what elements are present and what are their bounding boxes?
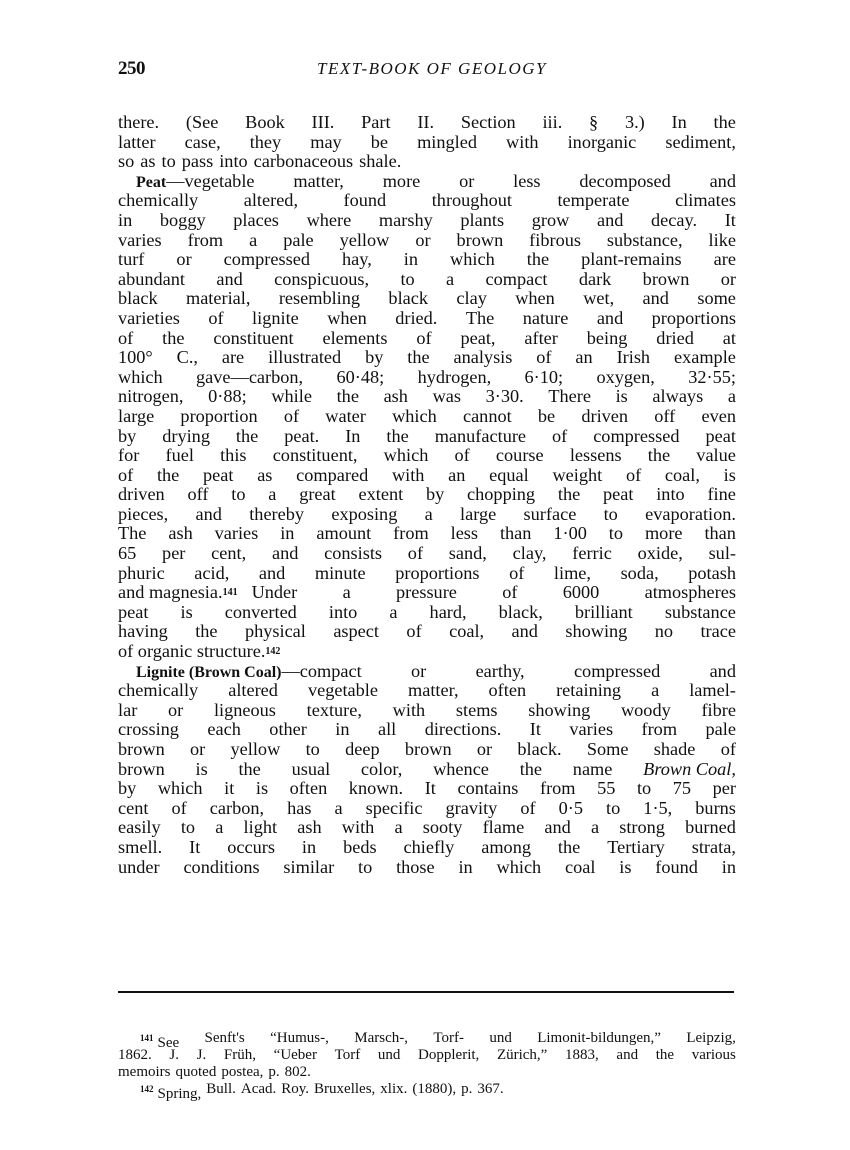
word: is: [616, 387, 628, 407]
word: specific: [366, 799, 423, 819]
text-line: Peat—vegetablematter,moreorlessdecompose…: [118, 172, 736, 192]
word: the: [238, 760, 260, 780]
word: “Humus-,: [270, 1030, 329, 1047]
word: peat: [705, 427, 735, 447]
word: p.: [461, 1081, 472, 1098]
word: brown: [457, 231, 504, 251]
word: the: [648, 446, 670, 466]
word: and: [710, 172, 736, 192]
word: drying: [162, 427, 210, 447]
word: carbon,: [210, 799, 264, 819]
word: Marsch-,: [354, 1030, 408, 1047]
word: It: [725, 211, 736, 231]
word: lamel-: [689, 681, 736, 701]
word: decay.: [651, 211, 697, 231]
word: illustrated: [268, 348, 341, 368]
word: at: [723, 329, 736, 349]
word: black: [118, 289, 158, 309]
text-line: whichgave—carbon,60·48;hydrogen,6·10;oxy…: [118, 368, 736, 388]
word: xlix.: [380, 1081, 407, 1098]
word: brown: [405, 740, 452, 760]
word: lar: [118, 701, 137, 721]
word: is: [256, 779, 268, 799]
text-line: easilytoalightashwithasootyflameandastro…: [118, 818, 736, 838]
word: the: [162, 329, 184, 349]
word: value: [696, 446, 736, 466]
word: are: [222, 348, 244, 368]
text-line: there.(SeeBookIII.PartII.Sectioniii.§3.)…: [118, 113, 736, 133]
word: 6·10;: [525, 368, 564, 388]
word: peat: [118, 603, 148, 623]
word: and: [597, 309, 623, 329]
footnote-lead: 142Spring,: [140, 1081, 206, 1098]
footnote-ref-142[interactable]: 142: [265, 642, 280, 662]
footnote-lead: 141See: [140, 1030, 179, 1047]
word: they: [250, 133, 281, 153]
text-line: soastopassintocarbonaceousshale.: [118, 152, 736, 172]
word: compact: [486, 270, 548, 290]
word: shade: [654, 740, 696, 760]
word: climates: [675, 191, 736, 211]
word: peat: [603, 485, 633, 505]
word: of: [171, 799, 186, 819]
word: Früh,: [224, 1047, 256, 1064]
word: a: [446, 270, 454, 290]
text-line: phuricacid,andminuteproportionsoflime,so…: [118, 564, 736, 584]
word: proportion: [180, 407, 257, 427]
text-line: forfuelthisconstituent,whichofcourseless…: [118, 446, 736, 466]
page-header: 250 TEXT-BOOK OF GEOLOGY: [118, 58, 736, 82]
word: it: [224, 779, 234, 799]
word: memoirs: [118, 1064, 171, 1081]
word: or: [176, 250, 191, 270]
word: pressure: [396, 583, 457, 603]
text-line: blackmaterial,resemblingblackclaywhenwet…: [118, 289, 736, 309]
word: flame: [483, 818, 525, 838]
footnote-141: 141SeeSenft's“Humus-,Marsch-,Torf-undLim…: [118, 1030, 736, 1047]
word: extent: [359, 485, 404, 505]
word: constituent,: [273, 446, 358, 466]
word: carbonaceous: [254, 152, 353, 172]
word: and: [616, 1047, 638, 1064]
term-heading: Peat: [136, 174, 166, 191]
word: brown: [643, 270, 690, 290]
word: 55: [597, 779, 615, 799]
word: with: [506, 133, 539, 153]
word: coal: [565, 858, 595, 878]
word: is: [195, 760, 207, 780]
word: in: [458, 858, 472, 878]
text-line: brownoryellowtodeepbrownorblack.Someshad…: [118, 740, 736, 760]
word: oxide,: [638, 544, 683, 564]
word: compared: [296, 466, 368, 486]
word: “Ueber: [274, 1047, 317, 1064]
word: Torf: [335, 1047, 361, 1064]
word: hydrogen,: [418, 368, 492, 388]
word: more: [645, 524, 683, 544]
word: all: [378, 720, 396, 740]
word: while: [271, 387, 312, 407]
word: brilliant: [575, 603, 633, 623]
word: to: [604, 505, 618, 525]
text-line: crossingeachotherinalldirections.Itvarie…: [118, 720, 736, 740]
word: abundant: [118, 270, 185, 290]
word: compressed: [574, 662, 660, 682]
word: with: [393, 701, 426, 721]
word: ferric: [572, 544, 612, 564]
word: black,: [499, 603, 543, 623]
word: wet,: [583, 289, 614, 309]
word: 1862.: [118, 1047, 152, 1064]
word: the: [656, 1047, 674, 1064]
word: §: [589, 113, 598, 133]
word: ash: [384, 387, 408, 407]
word: the: [527, 250, 549, 270]
word: fuel: [166, 446, 194, 466]
word: by: [118, 427, 136, 447]
text-segment: and magnesia.: [118, 583, 223, 603]
text-line: ofthepeatascomparedwithanequalweightofco…: [118, 466, 736, 486]
word: 1·5,: [643, 799, 672, 819]
word: earthy,: [476, 662, 525, 682]
word: evaporation.: [645, 505, 736, 525]
word: pale: [705, 720, 735, 740]
word: are: [714, 250, 736, 270]
word: ash: [168, 524, 192, 544]
word: the: [558, 485, 580, 505]
word: of: [416, 329, 431, 349]
word: nature: [523, 309, 569, 329]
word: clay: [456, 289, 486, 309]
text-line: pieces,andtherebyexposingalargesurfaceto…: [118, 505, 736, 525]
word: similar: [283, 858, 334, 878]
word: or: [168, 701, 183, 721]
word: or: [190, 740, 205, 760]
word: under: [118, 858, 160, 878]
word: 6000: [563, 583, 600, 603]
word: cent: [118, 799, 148, 819]
word: 100°: [118, 348, 153, 368]
word: beds: [343, 838, 377, 858]
word: of: [408, 544, 423, 564]
text-line: brownistheusualcolor,whencethenameBrown …: [118, 760, 736, 780]
word: no: [655, 622, 673, 642]
word: with: [342, 818, 375, 838]
word: each: [207, 720, 240, 740]
word: weight: [552, 466, 602, 486]
word: substance,: [607, 231, 683, 251]
text-line: inboggyplaceswheremarshyplantsgrowanddec…: [118, 211, 736, 231]
word: by: [365, 348, 383, 368]
text-line: lattercase,theymaybemingledwithinorganic…: [118, 133, 736, 153]
word: (1880),: [412, 1081, 456, 1098]
word: driven: [581, 407, 628, 427]
word: inorganic: [568, 133, 637, 153]
word: and: [259, 564, 285, 584]
word: of: [406, 622, 421, 642]
word: und: [489, 1030, 512, 1047]
word: case,: [185, 133, 221, 153]
word: boggy: [160, 211, 206, 231]
word: the: [407, 348, 429, 368]
word: 3.): [625, 113, 645, 133]
word: retaining: [556, 681, 621, 701]
term-heading: Lignite (Brown Coal): [136, 664, 281, 681]
word: large: [118, 407, 154, 427]
word: to: [306, 740, 320, 760]
word: elements: [322, 329, 387, 349]
word: which: [384, 446, 429, 466]
word: trace: [700, 622, 736, 642]
word: clay,: [513, 544, 547, 564]
word: when: [515, 289, 555, 309]
word: The: [466, 309, 494, 329]
word: be: [538, 407, 555, 427]
word: peat: [203, 466, 233, 486]
word: strata,: [692, 838, 736, 858]
word: with: [392, 466, 425, 486]
word: coal,: [665, 466, 700, 486]
word: into: [329, 603, 357, 623]
text-line: chemicallyalteredvegetablematter,oftenre…: [118, 681, 736, 701]
word: to: [162, 152, 176, 172]
word: being: [587, 329, 628, 349]
word: Senft's: [205, 1030, 245, 1047]
word: postea,: [221, 1064, 263, 1081]
word: Irish: [617, 348, 651, 368]
word: and: [272, 544, 298, 564]
word: 1·00: [553, 524, 587, 544]
word: nitrogen,: [118, 387, 184, 407]
word: phuric: [118, 564, 165, 584]
word: so: [118, 152, 134, 172]
word: III.: [312, 113, 335, 133]
word: found: [344, 191, 387, 211]
word: of: [552, 427, 567, 447]
word: —compact: [281, 661, 361, 681]
word: directions.: [425, 720, 502, 740]
word: which: [158, 779, 203, 799]
word: dried: [656, 329, 694, 349]
word: less: [513, 172, 540, 192]
text-segment: of organic structure.: [118, 642, 265, 662]
word: p.: [268, 1064, 279, 1081]
word: hard,: [430, 603, 467, 623]
word: was: [433, 387, 461, 407]
footnote-number: 142: [140, 1084, 154, 1094]
word: the: [337, 387, 359, 407]
text-line: smell.ItoccursinbedschieflyamongtheTerti…: [118, 838, 736, 858]
word: fine: [707, 485, 735, 505]
word: fibrous: [529, 231, 581, 251]
word: plant-remains: [581, 250, 682, 270]
word: pale: [283, 231, 313, 251]
word: in: [302, 838, 316, 858]
word: lime,: [554, 564, 591, 584]
word: plants: [460, 211, 504, 231]
word: substance: [665, 603, 736, 623]
word: proportions: [395, 564, 479, 584]
word: like: [709, 231, 736, 251]
word: Book: [245, 113, 285, 133]
word: peat,: [460, 329, 495, 349]
word: the: [558, 838, 580, 858]
word: in: [118, 211, 132, 231]
word: having: [118, 622, 168, 642]
word: example: [674, 348, 736, 368]
word: temperate: [557, 191, 629, 211]
word: easily: [118, 818, 161, 838]
word: sooty: [423, 818, 463, 838]
word: to: [609, 524, 623, 544]
word: even: [701, 407, 736, 427]
word: light: [244, 818, 278, 838]
word: acid,: [194, 564, 229, 584]
word: pass: [182, 152, 213, 172]
word: varies: [118, 231, 162, 251]
italic-phrase: Brown Coal,: [643, 760, 736, 780]
word: of: [455, 446, 470, 466]
footnote-line: memoirsquotedpostea,p.802.: [118, 1064, 736, 1081]
text-line: 65percent,andconsistsofsand,clay,ferrico…: [118, 544, 736, 564]
text-line: larorligneoustexture,withstemsshowingwoo…: [118, 701, 736, 721]
word: water: [325, 407, 366, 427]
word: C.,: [177, 348, 198, 368]
text-line: oftheconstituentelementsofpeat,afterbein…: [118, 329, 736, 349]
word: showing: [528, 701, 590, 721]
word: compressed: [224, 250, 310, 270]
word: and: [512, 622, 538, 642]
word: an: [575, 348, 592, 368]
word: surface: [524, 505, 577, 525]
word: black: [388, 289, 428, 309]
word: black.: [517, 740, 561, 760]
word: known.: [349, 779, 403, 799]
word: Spring,: [158, 1086, 202, 1102]
word: cent,: [211, 544, 246, 564]
word: lessens: [570, 446, 622, 466]
word: of: [502, 583, 517, 603]
word: the: [195, 622, 217, 642]
word: and: [597, 211, 623, 231]
word: Roy.: [281, 1081, 309, 1098]
word: or: [477, 740, 492, 760]
word: chemically: [118, 191, 198, 211]
text-line: Lignite (Brown Coal)—compactorearthy,com…: [118, 662, 736, 682]
word: to: [358, 858, 372, 878]
word: to: [181, 818, 195, 838]
word: is: [724, 466, 736, 486]
word: 32·55;: [688, 368, 736, 388]
word: per: [162, 544, 185, 564]
word: the: [386, 427, 408, 447]
word: the: [714, 113, 736, 133]
word: soda,: [621, 564, 659, 584]
word: 1883,: [565, 1047, 599, 1064]
word: occurs: [227, 838, 275, 858]
word: In: [345, 427, 360, 447]
word: of: [626, 466, 641, 486]
text-line: bywhichitisoftenknown.Itcontainsfrom55to…: [118, 779, 736, 799]
word: matter,: [293, 172, 344, 192]
word: from: [188, 231, 224, 251]
term-with-dash: Peat—vegetable: [136, 172, 255, 192]
word: whence: [433, 760, 489, 780]
word: texture,: [307, 701, 362, 721]
text-line: peatisconvertedintoahard,black,brilliant…: [118, 603, 736, 623]
word: a: [389, 603, 397, 623]
word: und: [378, 1047, 401, 1064]
word: throughout: [432, 191, 512, 211]
text-line-with-footnote-ref: and magnesia.141 Underapressureof6000atm…: [118, 583, 736, 603]
page-body: there.(SeeBookIII.PartII.Sectioniii.§3.)…: [118, 113, 736, 877]
word: iii.: [542, 113, 562, 133]
word: name: [573, 760, 613, 780]
word: oxygen,: [596, 368, 654, 388]
text-line: nitrogen,0·88;whiletheashwas3·30.Thereis…: [118, 387, 736, 407]
word: to: [606, 799, 620, 819]
word: smell.: [118, 838, 162, 858]
word: proportions: [652, 309, 736, 329]
word: a: [335, 799, 343, 819]
word: vegetable: [308, 681, 378, 701]
text-line: bydryingthepeat.Inthemanufactureofcompre…: [118, 427, 736, 447]
word: of: [721, 740, 736, 760]
word: equal: [489, 466, 529, 486]
word: some: [697, 289, 736, 309]
word: chopping: [467, 485, 535, 505]
footnote-line: 1862.J.J.Früh,“UeberTorfundDopplerit,Zür…: [118, 1047, 736, 1064]
word: 60·48;: [336, 368, 384, 388]
word: be: [371, 133, 388, 153]
word: or: [459, 172, 474, 192]
word: Tertiary: [607, 838, 665, 858]
word: 367.: [477, 1081, 503, 1098]
word: always: [652, 387, 703, 407]
footnote-ref-141[interactable]: 141: [223, 583, 238, 603]
word: of: [520, 799, 535, 819]
word: of: [118, 329, 133, 349]
word: mingled: [417, 133, 477, 153]
word: course: [496, 446, 544, 466]
word: 802.: [285, 1064, 311, 1081]
word: 0·5: [559, 799, 583, 819]
word: for: [118, 446, 139, 466]
word: of: [118, 466, 133, 486]
word: lignite: [252, 309, 299, 329]
word: of: [536, 348, 551, 368]
word: and: [643, 289, 669, 309]
word: brown: [118, 760, 165, 780]
word: a: [215, 818, 223, 838]
word: coal,: [449, 622, 484, 642]
word: decomposed: [579, 172, 670, 192]
word: altered: [228, 681, 278, 701]
word: Limonit-bildungen,”: [537, 1030, 661, 1047]
word: into: [219, 152, 247, 172]
word: and: [216, 270, 242, 290]
word: (See: [186, 113, 218, 133]
text-line: 100°C.,areillustratedbytheanalysisofanIr…: [118, 348, 736, 368]
word: varies: [215, 524, 259, 544]
word: strong: [619, 818, 665, 838]
word: various: [692, 1047, 736, 1064]
word: 0·88;: [208, 387, 247, 407]
word: often: [489, 681, 527, 701]
word: places: [233, 211, 279, 231]
footnote-142: 142Spring,Bull.Acad.Roy.Bruxelles,xlix.(…: [118, 1081, 736, 1098]
word: the: [157, 466, 179, 486]
